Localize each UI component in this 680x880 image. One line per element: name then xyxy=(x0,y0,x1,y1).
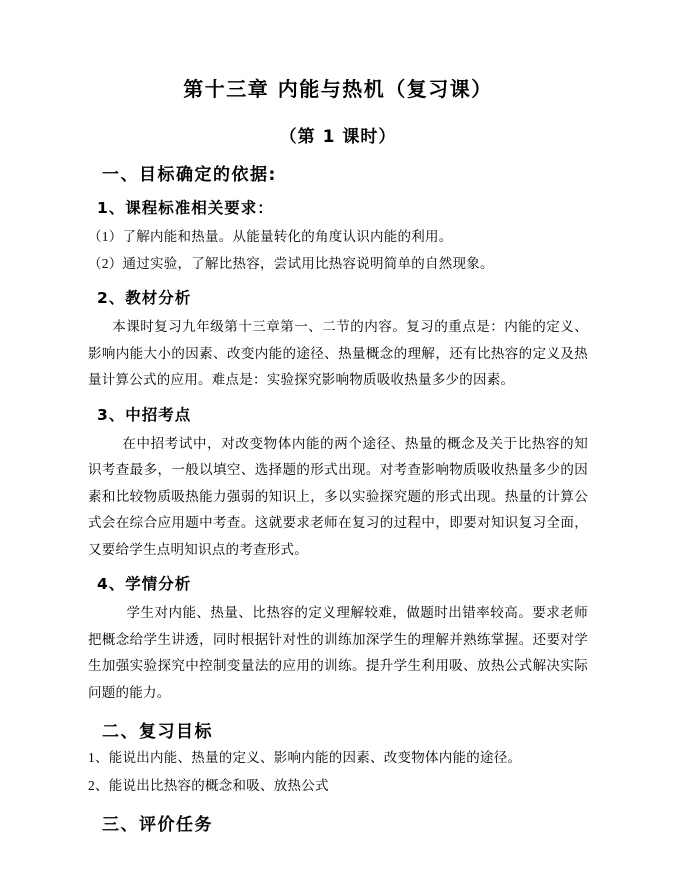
document-page: 第十三章 内能与热机（复习课） （第 1 课时） 一、目标确定的依据: 1、课程… xyxy=(0,0,680,880)
material-analysis-paragraph: 本课时复习九年级第十三章第一、二节的内容。复习的重点是：内能的定义、影响内能大小… xyxy=(88,314,588,394)
document-title: 第十三章 内能与热机（复习课） xyxy=(88,0,588,103)
review-goal-item-1: 1、能说出内能、热量的定义、影响内能的因素、改变物体内能的途径。 xyxy=(88,744,588,772)
subsection-heading-student-analysis: 4、学情分析 xyxy=(88,573,588,596)
section-heading-evaluation-tasks: 三、评价任务 xyxy=(88,813,588,837)
review-goal-item-2: 2、能说出比热容的概念和吸、放热公式 xyxy=(88,772,588,800)
subsection-heading-curriculum-standards: 1、课程标准相关要求： xyxy=(88,197,588,220)
section-heading-basis: 一、目标确定的依据: xyxy=(88,163,588,187)
curriculum-standard-item-1: （1）了解内能和热量。从能量转化的角度认识内能的利用。 xyxy=(88,224,588,251)
document-subtitle: （第 1 课时） xyxy=(88,125,588,149)
section-heading-review-goals: 二、复习目标 xyxy=(88,720,588,744)
curriculum-standard-item-2: （2）通过实验，了解比热容，尝试用比热容说明简单的自然现象。 xyxy=(88,251,588,278)
student-analysis-paragraph: 学生对内能、热量、比热容的定义理解较难，做题时出错率较高。要求老师把概念给学生讲… xyxy=(88,600,588,706)
document-content: 第十三章 内能与热机（复习课） （第 1 课时） 一、目标确定的依据: 1、课程… xyxy=(88,0,588,837)
subsection-heading-material-analysis: 2、教材分析 xyxy=(88,287,588,310)
subsection-heading-exam-points: 3、中招考点 xyxy=(88,404,588,427)
exam-points-paragraph: 在中招考试中，对改变物体内能的两个途径、热量的概念及关于比热容的知识考查最多，一… xyxy=(88,431,588,564)
